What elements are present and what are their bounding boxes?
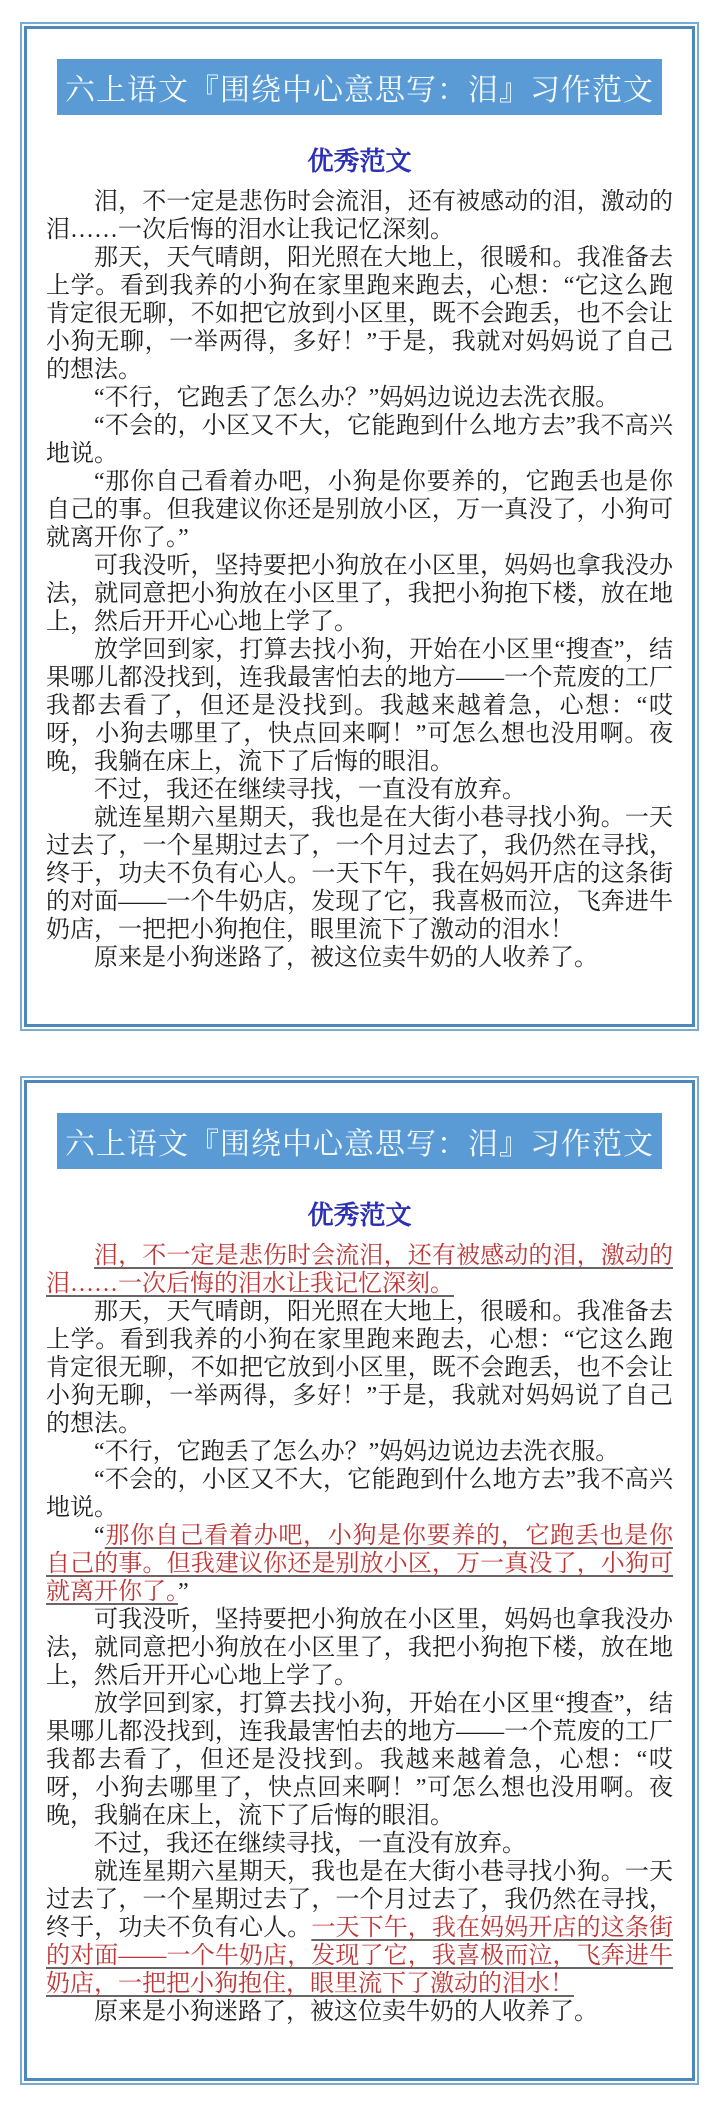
text-segment: 原来是小狗迷路了，被这位卖牛奶的人收养了。 <box>94 945 598 971</box>
paragraph: “不行，它跑丢了怎么办？”妈妈边说边去洗衣服。 <box>46 384 673 412</box>
paragraph: “不会的，小区又不大，它能跑到什么地方去”我不高兴地说。 <box>46 1466 673 1522</box>
paragraph: 就连星期六星期天，我也是在大街小巷寻找小狗。一天过去了，一个星期过去了，一个月过… <box>46 1858 673 1998</box>
paragraph: 那天，天气晴朗，阳光照在大地上，很暖和。我准备去上学。看到我养的小狗在家里跑来跑… <box>46 1298 673 1438</box>
card-title: 六上语文『围绕中心意思写：泪』习作范文 <box>65 65 654 109</box>
text-segment: “不会的，小区又不大，它能跑到什么地方去”我不高兴地说。 <box>46 413 673 467</box>
card-title-bar: 六上语文『围绕中心意思写：泪』习作范文 <box>57 1113 662 1169</box>
card-title-bar: 六上语文『围绕中心意思写：泪』习作范文 <box>57 59 662 115</box>
text-segment: “不行，它跑丢了怎么办？”妈妈边说边去洗衣服。 <box>94 385 619 411</box>
card: 六上语文『围绕中心意思写：泪』习作范文 优秀范文 泪，不一定是悲伤时会流泪，还有… <box>20 1076 699 2085</box>
subtitle: 优秀范文 <box>39 1195 680 1232</box>
text-segment: 可我没听，坚持要把小狗放在小区里，妈妈也拿我没办法，就同意把小狗放在小区里了，我… <box>46 553 673 635</box>
text-segment: “那你自己看着办吧，小狗是你要养的，它跑丢也是你自己的事。但我建议你还是别放小区… <box>46 469 673 551</box>
text-segment: 泪，不一定是悲伤时会流泪，还有被感动的泪，激动的泪……一次后悔的泪水让我记忆深刻… <box>46 189 673 243</box>
paragraph: 原来是小狗迷路了，被这位卖牛奶的人收养了。 <box>46 1998 673 2026</box>
text-segment: “ <box>94 1523 105 1549</box>
paragraph: 就连星期六星期天，我也是在大街小巷寻找小狗。一天过去了，一个星期过去了，一个月过… <box>46 804 673 944</box>
paragraph: 放学回到家，打算去找小狗，开始在小区里“搜查”，结果哪儿都没找到，连我最害怕去的… <box>46 636 673 776</box>
paragraph: 可我没听，坚持要把小狗放在小区里，妈妈也拿我没办法，就同意把小狗放在小区里了，我… <box>46 1606 673 1690</box>
text-segment: ” <box>178 1579 189 1605</box>
text-segment: 可我没听，坚持要把小狗放在小区里，妈妈也拿我没办法，就同意把小狗放在小区里了，我… <box>46 1607 673 1689</box>
text-segment: 不过，我还在继续寻找，一直没有放弃。 <box>94 1831 526 1857</box>
paragraph: 那天，天气晴朗，阳光照在大地上，很暖和。我准备去上学。看到我养的小狗在家里跑来跑… <box>46 244 673 384</box>
paragraph: 可我没听，坚持要把小狗放在小区里，妈妈也拿我没办法，就同意把小狗放在小区里了，我… <box>46 552 673 636</box>
essay-body: 泪，不一定是悲伤时会流泪，还有被感动的泪，激动的泪……一次后悔的泪水让我记忆深刻… <box>46 188 673 972</box>
paragraph: 泪，不一定是悲伤时会流泪，还有被感动的泪，激动的泪……一次后悔的泪水让我记忆深刻… <box>46 1242 673 1298</box>
paragraph: “那你自己看着办吧，小狗是你要养的，它跑丢也是你自己的事。但我建议你还是别放小区… <box>46 468 673 552</box>
text-segment: “不会的，小区又不大，它能跑到什么地方去”我不高兴地说。 <box>46 1467 673 1521</box>
text-segment: 放学回到家，打算去找小狗，开始在小区里“搜查”，结果哪儿都没找到，连我最害怕去的… <box>46 1691 673 1829</box>
paragraph: “不会的，小区又不大，它能跑到什么地方去”我不高兴地说。 <box>46 412 673 468</box>
card-frame: 六上语文『围绕中心意思写：泪』习作范文 优秀范文 泪，不一定是悲伤时会流泪，还有… <box>24 1080 695 2081</box>
paragraph: 不过，我还在继续寻找，一直没有放弃。 <box>46 1830 673 1858</box>
card-title: 六上语文『围绕中心意思写：泪』习作范文 <box>65 1119 654 1163</box>
paragraph: 原来是小狗迷路了，被这位卖牛奶的人收养了。 <box>46 944 673 972</box>
essay-body: 泪，不一定是悲伤时会流泪，还有被感动的泪，激动的泪……一次后悔的泪水让我记忆深刻… <box>46 1242 673 2026</box>
text-segment: 原来是小狗迷路了，被这位卖牛奶的人收养了。 <box>94 1999 598 2025</box>
highlighted-text: 那你自己看着办吧，小狗是你要养的，它跑丢也是你自己的事。但我建议你还是别放小区，… <box>46 1523 673 1605</box>
paragraph: “不行，它跑丢了怎么办？”妈妈边说边去洗衣服。 <box>46 1438 673 1466</box>
paragraph: 泪，不一定是悲伤时会流泪，还有被感动的泪，激动的泪……一次后悔的泪水让我记忆深刻… <box>46 188 673 244</box>
text-segment: 就连星期六星期天，我也是在大街小巷寻找小狗。一天过去了，一个星期过去了，一个月过… <box>46 805 673 943</box>
text-segment: 那天，天气晴朗，阳光照在大地上，很暖和。我准备去上学。看到我养的小狗在家里跑来跑… <box>46 1299 673 1437</box>
card-frame: 六上语文『围绕中心意思写：泪』习作范文 优秀范文 泪，不一定是悲伤时会流泪，还有… <box>24 26 695 1027</box>
paragraph: 放学回到家，打算去找小狗，开始在小区里“搜查”，结果哪儿都没找到，连我最害怕去的… <box>46 1690 673 1830</box>
paragraph: “那你自己看着办吧，小狗是你要养的，它跑丢也是你自己的事。但我建议你还是别放小区… <box>46 1522 673 1606</box>
highlighted-text: 泪，不一定是悲伤时会流泪，还有被感动的泪，激动的泪……一次后悔的泪水让我记忆深刻… <box>46 1243 673 1297</box>
paragraph: 不过，我还在继续寻找，一直没有放弃。 <box>46 776 673 804</box>
text-segment: 放学回到家，打算去找小狗，开始在小区里“搜查”，结果哪儿都没找到，连我最害怕去的… <box>46 637 673 775</box>
text-segment: “不行，它跑丢了怎么办？”妈妈边说边去洗衣服。 <box>94 1439 619 1465</box>
page: 六上语文『围绕中心意思写：泪』习作范文 优秀范文 泪，不一定是悲伤时会流泪，还有… <box>0 0 719 2111</box>
text-segment: 不过，我还在继续寻找，一直没有放弃。 <box>94 777 526 803</box>
card: 六上语文『围绕中心意思写：泪』习作范文 优秀范文 泪，不一定是悲伤时会流泪，还有… <box>20 22 699 1031</box>
text-segment: 那天，天气晴朗，阳光照在大地上，很暖和。我准备去上学。看到我养的小狗在家里跑来跑… <box>46 245 673 383</box>
subtitle: 优秀范文 <box>39 141 680 178</box>
